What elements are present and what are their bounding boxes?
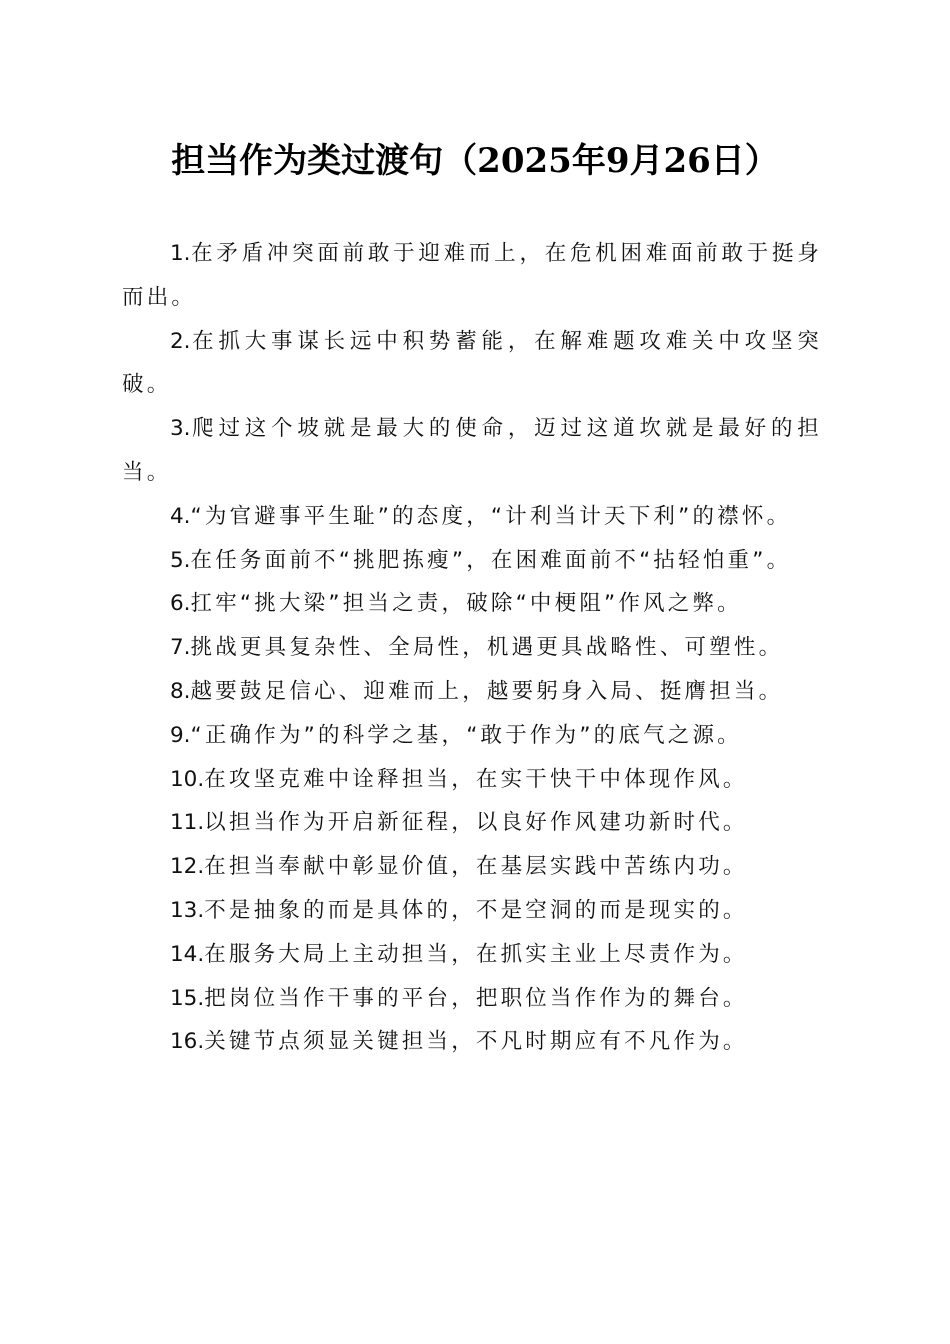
list-item: 5.在任务面前不“挑肥拣瘦”，在困难面前不“拈轻怕重”。 [122, 539, 822, 583]
item-text: 挑战更具复杂性、全局性，机遇更具战略性、可塑性。 [191, 635, 784, 660]
item-text: 在攻坚克难中诠释担当，在实干快干中体现作风。 [204, 767, 747, 792]
list-item: 1.在矛盾冲突面前敢于迎难而上，在危机困难面前敢于挺身而出。 [122, 232, 822, 320]
list-item: 16.关键节点须显关键担当，不凡时期应有不凡作为。 [122, 1020, 822, 1064]
item-number: 7. [170, 635, 191, 660]
item-text: 在担当奉献中彰显价值，在基层实践中苦练内功。 [204, 854, 747, 879]
item-text: 爬过这个坡就是最大的使命，迈过这道坎就是最好的担当。 [122, 416, 822, 485]
document-title: 担当作为类过渡句（2025年9月26日） [0, 138, 950, 184]
item-number: 15. [170, 986, 204, 1011]
item-number: 2. [170, 329, 191, 354]
item-number: 1. [170, 241, 191, 266]
item-number: 10. [170, 767, 204, 792]
item-text: “正确作为”的科学之基，“敢于作为”的底气之源。 [191, 723, 742, 748]
item-text: 在服务大局上主动担当，在抓实主业上尽责作为。 [204, 942, 747, 967]
item-number: 12. [170, 854, 204, 879]
item-text: 关键节点须显关键担当，不凡时期应有不凡作为。 [204, 1029, 747, 1054]
item-number: 11. [170, 810, 204, 835]
list-item: 12.在担当奉献中彰显价值，在基层实践中苦练内功。 [122, 845, 822, 889]
item-number: 3. [170, 416, 191, 441]
list-item: 9.“正确作为”的科学之基，“敢于作为”的底气之源。 [122, 714, 822, 758]
list-item: 6.扛牢“挑大梁”担当之责，破除“中梗阻”作风之弊。 [122, 582, 822, 626]
list-item: 14.在服务大局上主动担当，在抓实主业上尽责作为。 [122, 933, 822, 977]
list-item: 4.“为官避事平生耻”的态度，“计利当计天下利”的襟怀。 [122, 495, 822, 539]
item-number: 5. [170, 548, 191, 573]
item-text: 越要鼓足信心、迎难而上，越要躬身入局、挺膺担当。 [191, 679, 784, 704]
list-item: 7.挑战更具复杂性、全局性，机遇更具战略性、可塑性。 [122, 626, 822, 670]
item-text: “为官避事平生耻”的态度，“计利当计天下利”的襟怀。 [191, 504, 792, 529]
list-item: 8.越要鼓足信心、迎难而上，越要躬身入局、挺膺担当。 [122, 670, 822, 714]
item-text: 不是抽象的而是具体的，不是空洞的而是现实的。 [204, 898, 747, 923]
item-number: 14. [170, 942, 204, 967]
document-body: 1.在矛盾冲突面前敢于迎难而上，在危机困难面前敢于挺身而出。 2.在抓大事谋长远… [122, 232, 822, 1064]
item-text: 把岗位当作干事的平台，把职位当作作为的舞台。 [204, 986, 747, 1011]
item-text: 在矛盾冲突面前敢于迎难而上，在危机困难面前敢于挺身而出。 [122, 241, 822, 310]
list-item: 2.在抓大事谋长远中积势蓄能，在解难题攻难关中攻坚突破。 [122, 320, 822, 408]
item-number: 16. [170, 1029, 204, 1054]
document-page: 担当作为类过渡句（2025年9月26日） 1.在矛盾冲突面前敢于迎难而上，在危机… [0, 0, 950, 1344]
item-number: 4. [170, 504, 191, 529]
item-text: 在抓大事谋长远中积势蓄能，在解难题攻难关中攻坚突破。 [122, 329, 822, 398]
item-number: 9. [170, 723, 191, 748]
item-number: 13. [170, 898, 204, 923]
item-number: 8. [170, 679, 191, 704]
list-item: 10.在攻坚克难中诠释担当，在实干快干中体现作风。 [122, 758, 822, 802]
item-number: 6. [170, 591, 191, 616]
list-item: 11.以担当作为开启新征程，以良好作风建功新时代。 [122, 801, 822, 845]
item-text: 扛牢“挑大梁”担当之责，破除“中梗阻”作风之弊。 [191, 591, 742, 616]
list-item: 13.不是抽象的而是具体的，不是空洞的而是现实的。 [122, 889, 822, 933]
item-text: 以担当作为开启新征程，以良好作风建功新时代。 [204, 810, 747, 835]
list-item: 15.把岗位当作干事的平台，把职位当作作为的舞台。 [122, 977, 822, 1021]
list-item: 3.爬过这个坡就是最大的使命，迈过这道坎就是最好的担当。 [122, 407, 822, 495]
item-text: 在任务面前不“挑肥拣瘦”，在困难面前不“拈轻怕重”。 [191, 548, 792, 573]
